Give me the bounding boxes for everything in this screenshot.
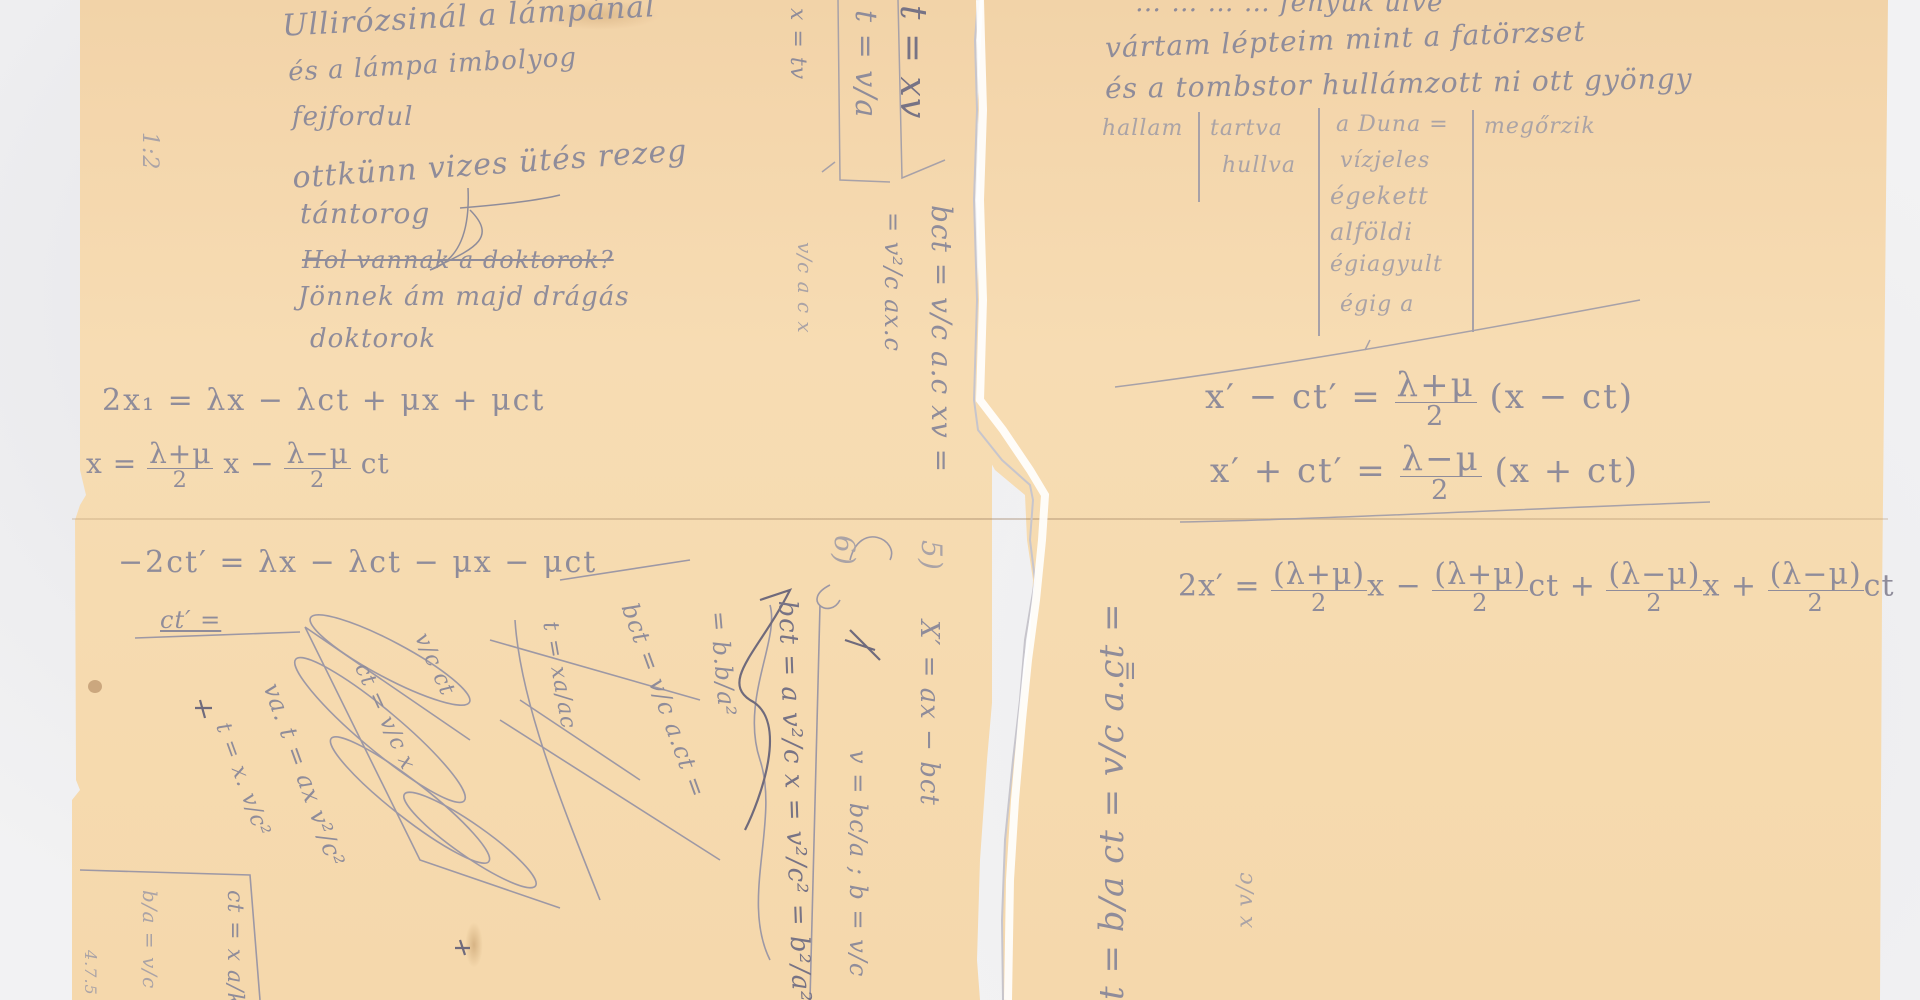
rotated-equation-eq: =: [1117, 660, 1143, 683]
rotated-equation: x v/c: [1235, 871, 1257, 928]
fraction: (λ+μ)2: [1271, 560, 1367, 615]
fraction: (λ−μ)2: [1606, 560, 1702, 615]
fraction: (λ−μ)2: [1768, 560, 1864, 615]
equation: x′ + ct′ = λ−μ2 (x + ct): [1210, 442, 1639, 504]
fraction: (λ+μ)2: [1432, 560, 1528, 615]
fraction: λ−μ2: [1400, 442, 1482, 504]
equation: 2x′ = (λ+μ)2x − (λ+μ)2ct + (λ−μ)2x + (λ−…: [1178, 560, 1895, 615]
fraction: λ+μ2: [1395, 368, 1477, 430]
equation: x′ − ct′ = λ+μ2 (x − ct): [1205, 368, 1634, 430]
